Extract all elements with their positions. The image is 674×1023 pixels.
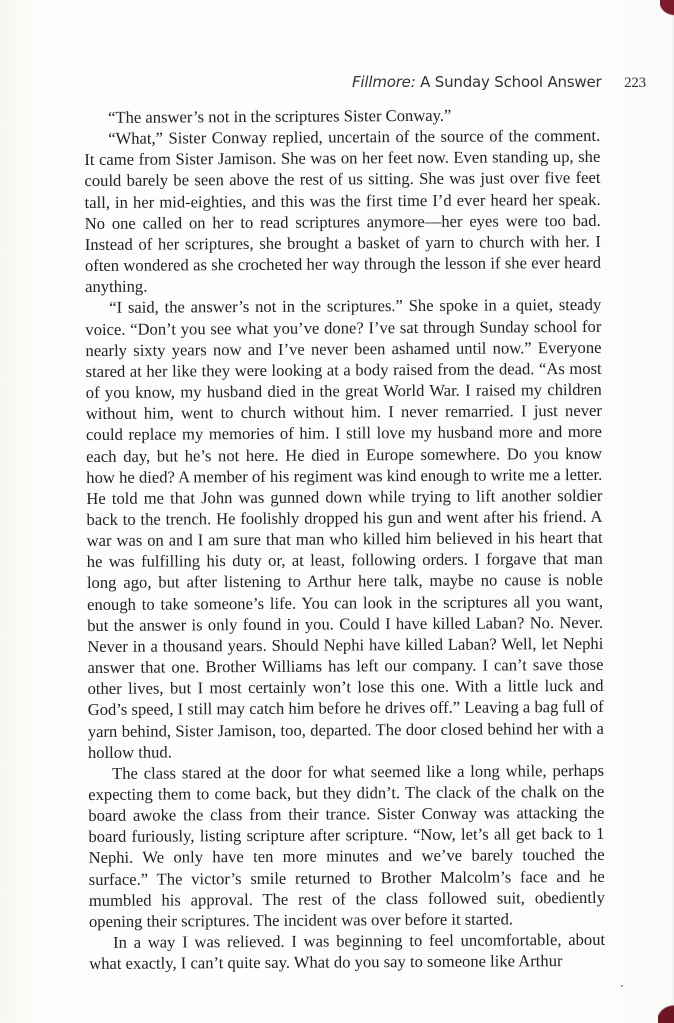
paragraph: In a way I was relieved. I was beginning… [89,929,605,974]
paragraph: “I said, the answer’s not in the scriptu… [85,294,604,763]
cover-corner-bottom-right [658,997,674,1023]
running-head-italic: Fillmore: [352,73,416,91]
paragraph: The class stared at the door for what se… [88,760,605,932]
running-head-title: A Sunday School Answer [420,73,601,91]
page-number: 223 [624,75,646,91]
running-head: Fillmore: A Sunday School Answer 223 [352,73,646,92]
book-page: Fillmore: A Sunday School Answer 223 “Th… [0,0,674,1023]
body-text: “The answer’s not in the scriptures Sist… [84,104,605,975]
paragraph: “What,” Sister Conway replied, uncertain… [84,125,601,297]
cover-corner-top-right [660,0,674,22]
scan-speck [621,985,623,987]
